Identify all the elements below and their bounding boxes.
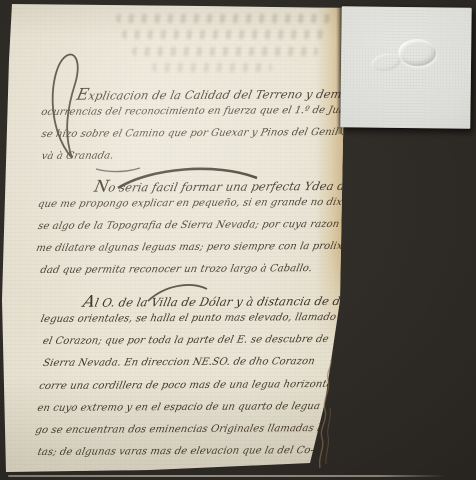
manuscript-line-text: dad que permita reconocer un trozo largo… [39, 263, 313, 276]
manuscript-line: Explicacion de la Calidad del Terreno y … [75, 83, 353, 104]
manuscript-line: leguas orientales, se halla el punto mas… [40, 312, 335, 325]
manuscript-line: tas; de algunas varas mas de elevacion q… [36, 445, 312, 458]
manuscript-line-text: No seria facil formar una perfecta Ydea … [93, 175, 369, 196]
manuscript-line: en cuyo extremo y en el espacio de un qu… [36, 401, 340, 414]
manuscript-line-text: el Corazon; que por toda la parte del E.… [42, 334, 330, 347]
manuscript-line-text: en cuyo extremo y en el espacio de un qu… [36, 401, 342, 414]
manuscript-line: me dilatare algunas leguas mas; pero sie… [35, 241, 348, 254]
ink-showthrough-line [132, 47, 318, 56]
manuscript-line-text: Sierra Nevada. En direccion NE.SO. de dh… [42, 356, 316, 369]
ink-showthrough-line [122, 30, 328, 39]
embossed-seal-icon [398, 39, 436, 66]
seal-paper [340, 6, 471, 129]
underlying-page-edge-highlight [8, 475, 446, 477]
manuscript-line-text: se hizo sobre el Camino que por Guexar y… [40, 127, 346, 140]
manuscript-line-text: tas; de algunas varas mas de elevacion q… [37, 445, 315, 458]
ink-showthrough-line [116, 14, 332, 23]
margin-ink-inscription [298, 356, 350, 478]
manuscript-line-text: que me propongo explicar en pequeño, si … [37, 197, 353, 210]
manuscript-line: se algo de la Topografia de Sierra Nevad… [37, 219, 338, 232]
ink-showthrough-line [152, 63, 272, 72]
manuscript-line-text: Al O. de la Villa de Dólar y à distancia… [82, 290, 356, 311]
manuscript-line: dad que permita reconocer un trozo largo… [39, 263, 311, 276]
manuscript-line: se hizo sobre el Camino que por Guexar y… [40, 127, 344, 140]
manuscript-line: corre una cordillera de poco mas de una … [38, 379, 335, 392]
manuscript-line-text: ocurrencias del reconocimiento en fuerza… [40, 105, 353, 118]
manuscript-line-text: và à Granada. [41, 150, 115, 162]
manuscript-line-text: me dilatare algunas leguas mas; pero sie… [35, 241, 350, 254]
manuscript-line-text: se algo de la Topografia de Sierra Nevad… [37, 219, 340, 232]
manuscript-line-text: corre una cordillera de poco mas de una … [38, 379, 337, 392]
manuscript-line: No seria facil formar una perfecta Ydea … [93, 175, 365, 196]
embossed-seal-flourish-icon [370, 51, 403, 74]
scanned-manuscript-photo: Explicacion de la Calidad del Terreno y … [0, 0, 476, 480]
manuscript-line: el Corazon; que por toda la parte del E.… [42, 334, 328, 347]
manuscript-line: Al O. de la Villa de Dólar y à distancia… [81, 290, 351, 311]
manuscript-line: và à Granada. [40, 150, 112, 162]
manuscript-line: ocurrencias del reconocimiento en fuerza… [40, 105, 350, 118]
manuscript-line: Sierra Nevada. En direccion NE.SO. de dh… [42, 356, 314, 369]
manuscript-line-text: Explicacion de la Calidad del Terreno y … [75, 83, 357, 104]
manuscript-line-text: leguas orientales, se halla el punto mas… [40, 312, 338, 325]
manuscript-line: que me propongo explicar en pequeño, si … [37, 197, 351, 210]
